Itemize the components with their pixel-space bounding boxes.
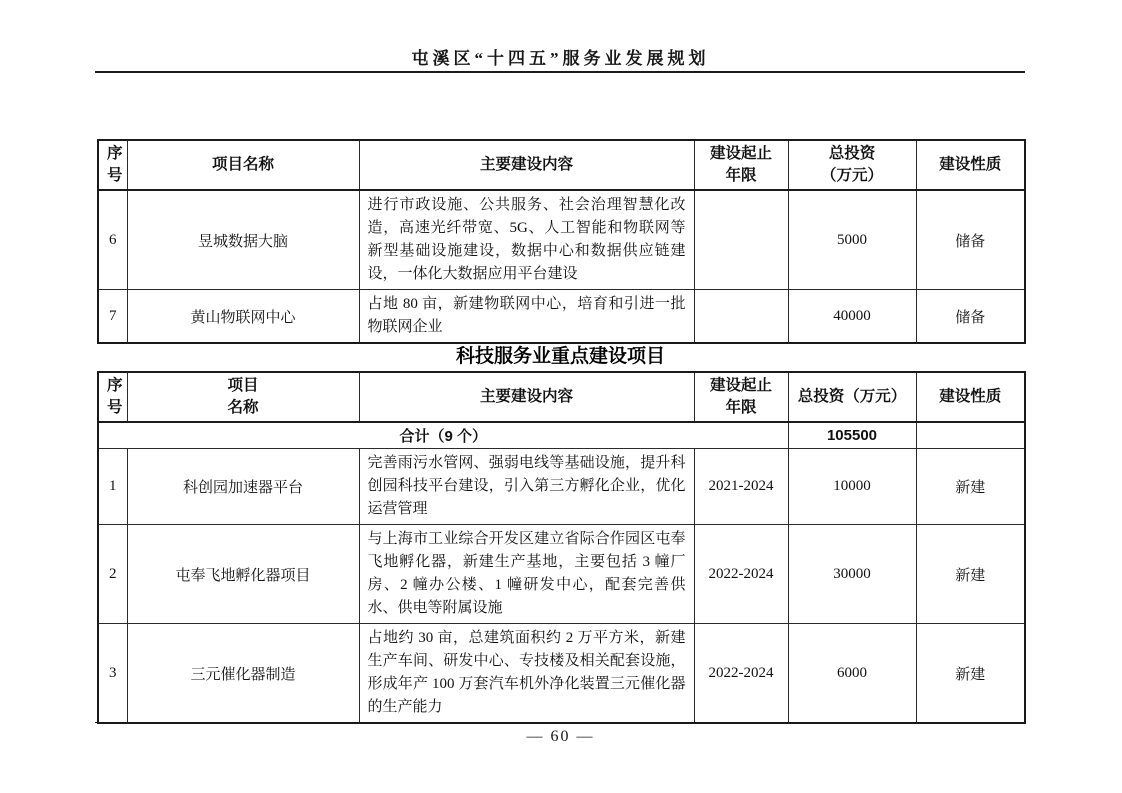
total-nature: [916, 422, 1025, 449]
row-no: 7: [98, 290, 127, 344]
row-investment: 5000: [788, 190, 916, 290]
row-project-name: 黄山物联网中心: [127, 290, 359, 344]
row-construction-content: 与上海市工业综合开发区建立省际合作园区屯奉飞地孵化器，新建生产基地，主要包括 3…: [359, 525, 694, 624]
row-investment: 10000: [788, 449, 916, 525]
row-construction-content: 完善雨污水管网、强弱电线等基础设施，提升科创园科技平台建设，引入第三方孵化企业，…: [359, 449, 694, 525]
table1-header-investment: 总投资 （万元）: [788, 140, 916, 190]
tech-projects-table: 序 号 项目 名称 主要建设内容 建设起止 年限 总投资（万元） 建设性质 合计…: [97, 371, 1026, 724]
table2-header-content: 主要建设内容: [359, 372, 694, 422]
table-row: 6 昱城数据大脑 进行市政设施、公共服务、社会治理智慧化改造，高速光纤带宽、5G…: [98, 190, 1025, 290]
table-row: 3 三元催化器制造 占地约 30 亩，总建筑面积约 2 万平方米，新建生产车间、…: [98, 624, 1025, 724]
row-construction-content: 进行市政设施、公共服务、社会治理智慧化改造，高速光纤带宽、5G、人工智能和物联网…: [359, 190, 694, 290]
table2-header-period: 建设起止 年限: [694, 372, 788, 422]
row-no: 3: [98, 624, 127, 724]
table1-header-period: 建设起止 年限: [694, 140, 788, 190]
table1-header-nature: 建设性质: [916, 140, 1025, 190]
row-nature: 新建: [916, 525, 1025, 624]
section-title: 科技服务业重点建设项目: [97, 344, 1024, 371]
table2-header-investment: 总投资（万元）: [788, 372, 916, 422]
table1-header-content: 主要建设内容: [359, 140, 694, 190]
row-nature: 储备: [916, 190, 1025, 290]
footer-rule: [95, 722, 1025, 723]
table1-header-row: 序 号 项目名称 主要建设内容 建设起止 年限 总投资 （万元） 建设性质: [98, 140, 1025, 190]
row-no: 6: [98, 190, 127, 290]
total-row: 合计（9 个） 105500: [98, 422, 1025, 449]
table1-header-name: 项目名称: [127, 140, 359, 190]
row-nature: 储备: [916, 290, 1025, 344]
projects-table-continuation: 序 号 项目名称 主要建设内容 建设起止 年限 总投资 （万元） 建设性质 6 …: [97, 139, 1026, 344]
row-period: [694, 290, 788, 344]
table2-header-nature: 建设性质: [916, 372, 1025, 422]
row-no: 1: [98, 449, 127, 525]
running-header-title: 屯溪区“十四五”服务业发展规划: [97, 44, 1024, 69]
table1-header-no: 序 号: [98, 140, 127, 190]
total-investment: 105500: [788, 422, 916, 449]
row-project-name: 科创园加速器平台: [127, 449, 359, 525]
header-rule: [95, 71, 1025, 73]
row-nature: 新建: [916, 449, 1025, 525]
table-row: 1 科创园加速器平台 完善雨污水管网、强弱电线等基础设施，提升科创园科技平台建设…: [98, 449, 1025, 525]
table2-header-no: 序 号: [98, 372, 127, 422]
row-construction-content: 占地约 30 亩，总建筑面积约 2 万平方米，新建生产车间、研发中心、专技楼及相…: [359, 624, 694, 724]
table-row: 2 屯奉飞地孵化器项目 与上海市工业综合开发区建立省际合作园区屯奉飞地孵化器，新…: [98, 525, 1025, 624]
row-period: 2022-2024: [694, 624, 788, 724]
row-period: 2021-2024: [694, 449, 788, 525]
table2-header-name: 项目 名称: [127, 372, 359, 422]
page-content: 序 号 项目名称 主要建设内容 建设起止 年限 总投资 （万元） 建设性质 6 …: [97, 139, 1024, 724]
row-investment: 40000: [788, 290, 916, 344]
table-row: 7 黄山物联网中心 占地 80 亩，新建物联网中心，培育和引进一批物联网企业 4…: [98, 290, 1025, 344]
row-project-name: 昱城数据大脑: [127, 190, 359, 290]
page-number: — 60 —: [97, 728, 1024, 746]
row-nature: 新建: [916, 624, 1025, 724]
row-investment: 30000: [788, 525, 916, 624]
row-no: 2: [98, 525, 127, 624]
row-period: [694, 190, 788, 290]
table2-header-row: 序 号 项目 名称 主要建设内容 建设起止 年限 总投资（万元） 建设性质: [98, 372, 1025, 422]
document-page: 屯溪区“十四五”服务业发展规划 序 号 项目名称 主要建设内容 建设起止 年限 …: [0, 0, 1122, 793]
row-construction-content: 占地 80 亩，新建物联网中心，培育和引进一批物联网企业: [359, 290, 694, 344]
row-project-name: 三元催化器制造: [127, 624, 359, 724]
row-investment: 6000: [788, 624, 916, 724]
total-label: 合计（9 个）: [98, 422, 788, 449]
row-period: 2022-2024: [694, 525, 788, 624]
row-project-name: 屯奉飞地孵化器项目: [127, 525, 359, 624]
